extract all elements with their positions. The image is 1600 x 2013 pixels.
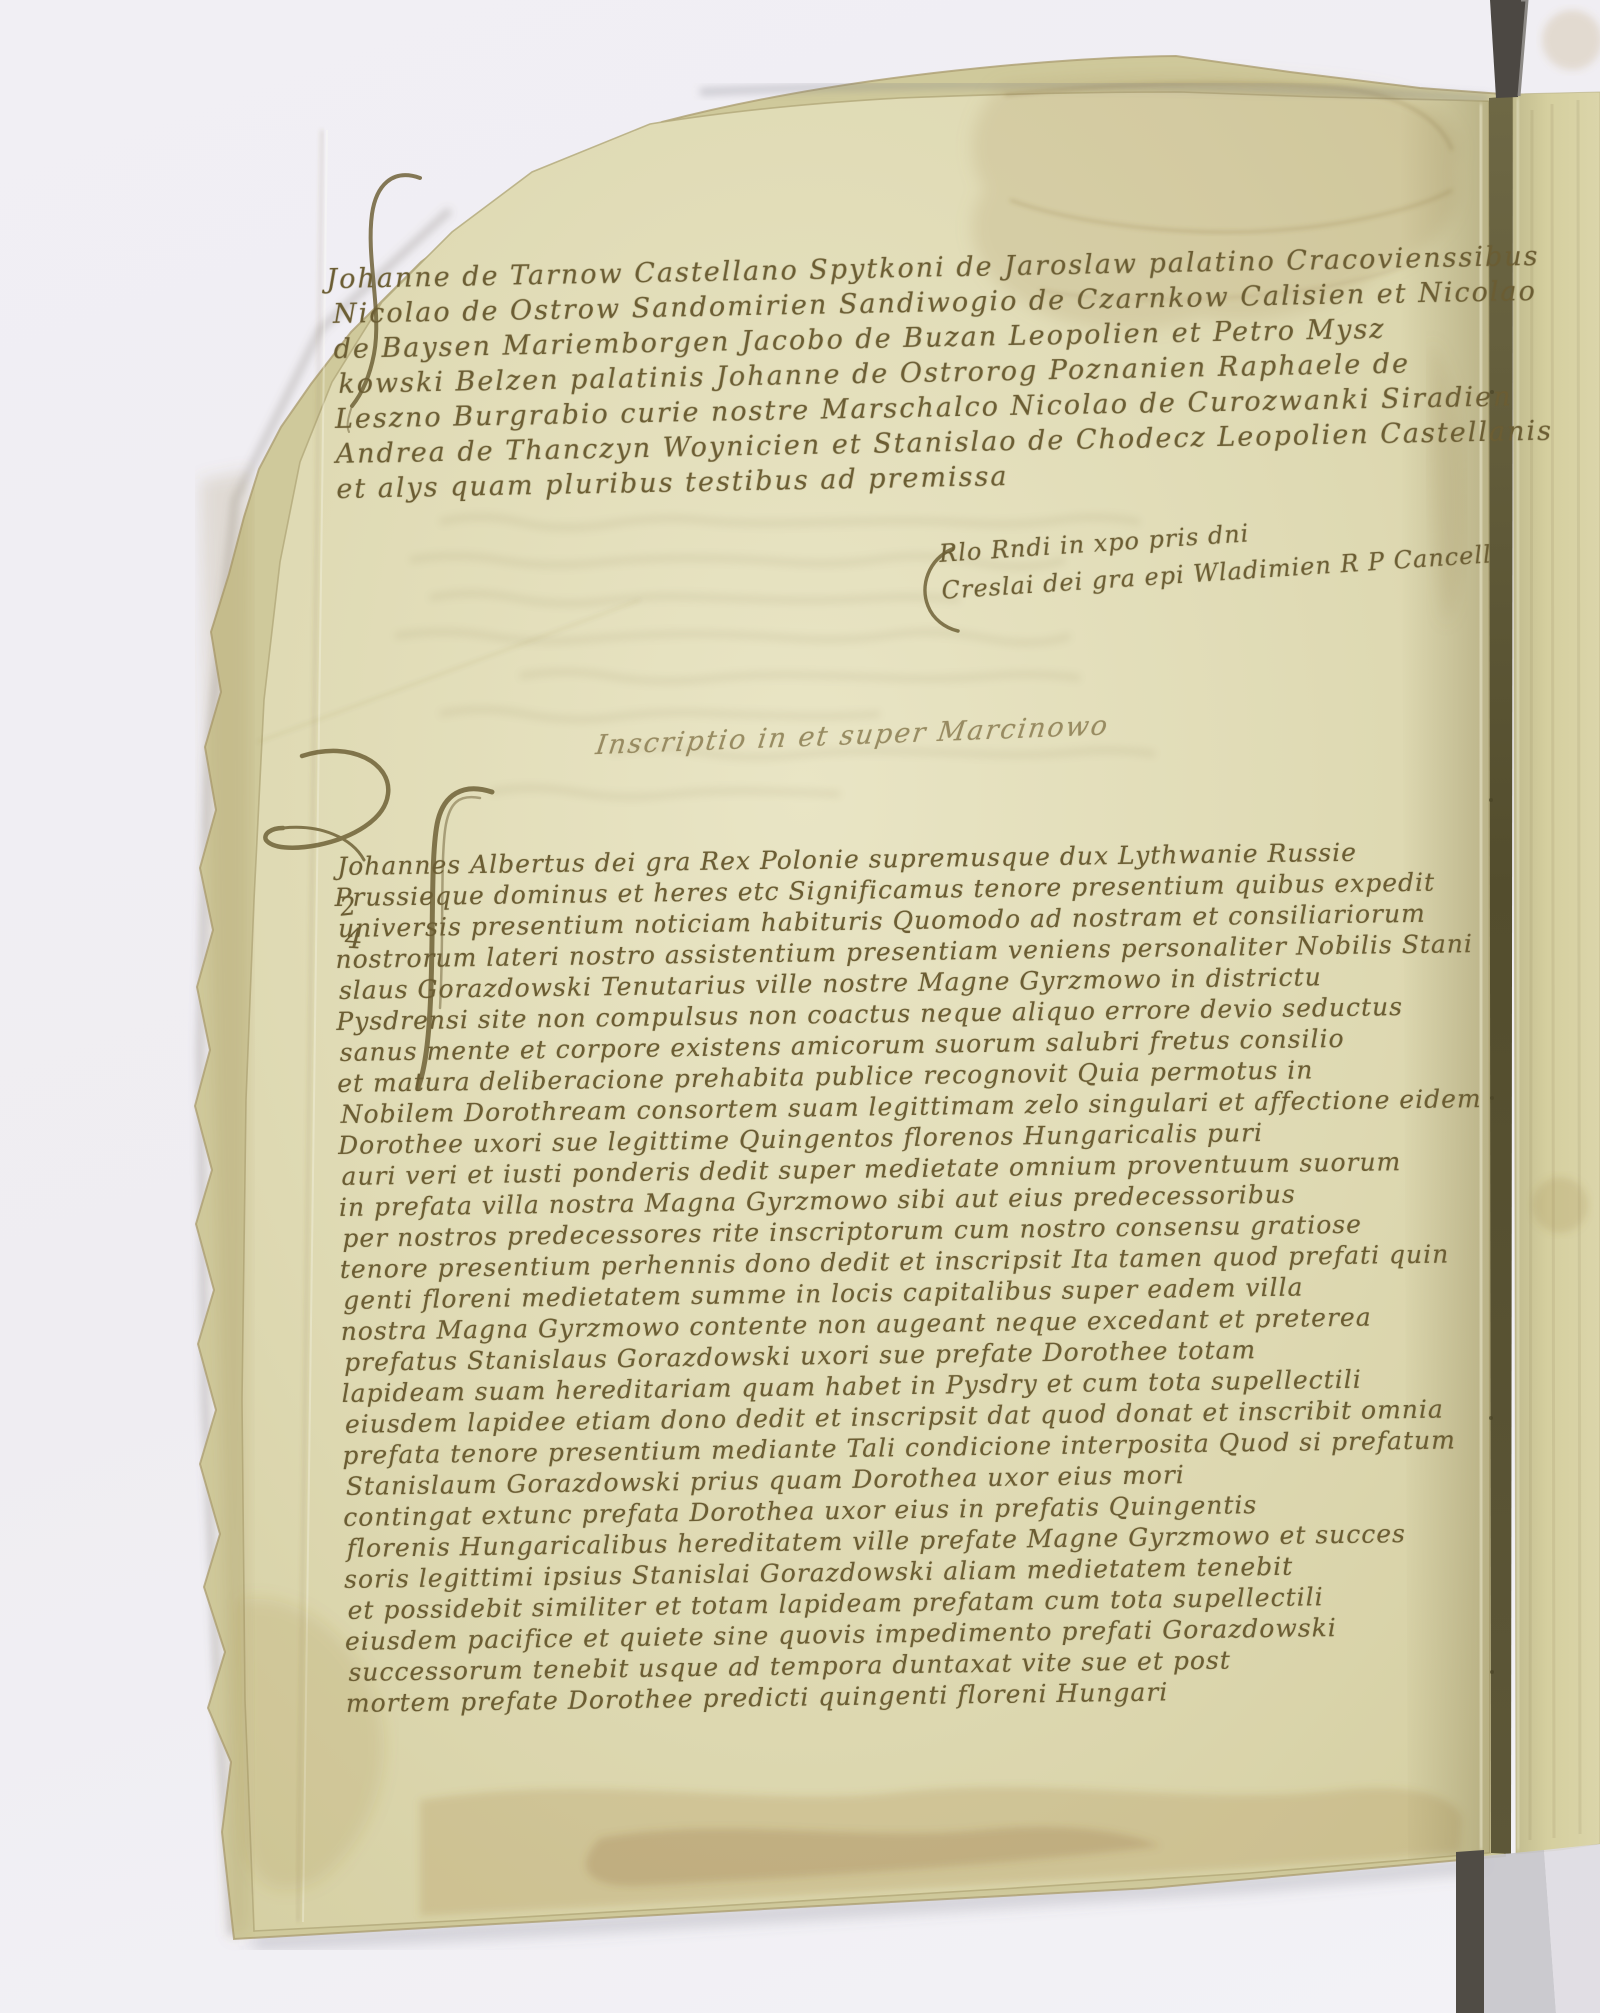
charter-text: Johannes Albertus dei gra Rex Polonie su… [334,835,1490,1719]
facing-page-stain [1532,1177,1588,1233]
fore-edge-grey [1484,1850,1556,2013]
spine-strap-bottom [1456,1850,1484,2013]
facing-page-stain [1542,10,1600,70]
witness-clause: Johanne de Tarnow Castellano Spytkoni de… [332,239,1554,507]
quire-mark: 2 [339,891,358,922]
quire-mark: 4 [344,921,364,955]
manuscript-photo: Johanne de Tarnow Castellano Spytkoni de… [0,0,1600,2013]
